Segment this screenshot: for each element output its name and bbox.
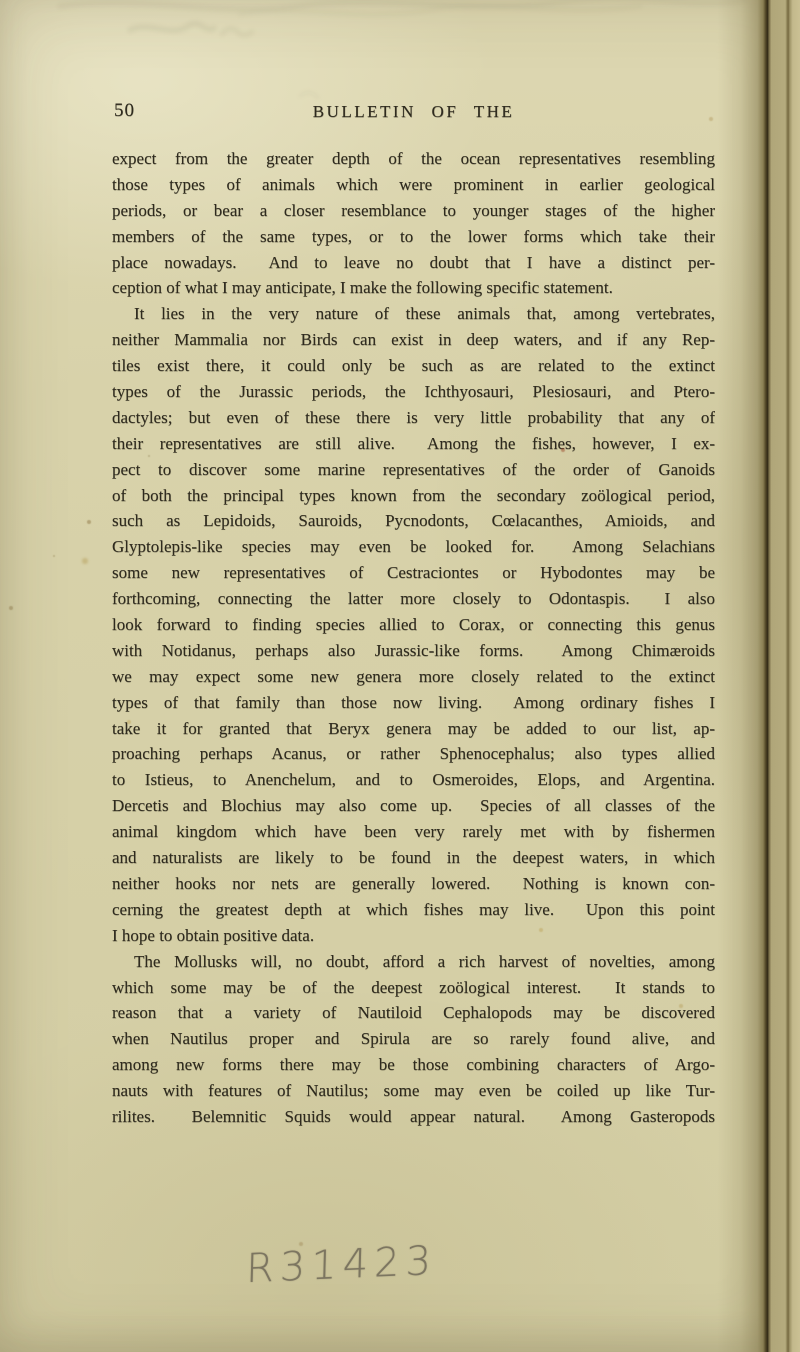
text-line: tiles exist there, it could only be such… xyxy=(112,353,715,379)
text-line: Dercetis and Blochius may also come up. … xyxy=(112,793,715,819)
text-line: among new forms there may be those combi… xyxy=(112,1052,715,1078)
text-line: rilites. Belemnitic Squids would appear … xyxy=(112,1104,715,1130)
text-line: I hope to obtain positive data. xyxy=(112,923,715,949)
text-line: dactyles; but even of these there is ver… xyxy=(112,405,715,431)
text-line: expect from the greater depth of the oce… xyxy=(112,146,715,172)
text-line: It lies in the very nature of these anim… xyxy=(112,301,715,327)
text-line: look forward to finding species allied t… xyxy=(112,612,715,638)
text-line: we may expect some new genera more close… xyxy=(112,664,715,690)
text-line: neither Mammalia nor Birds can exist in … xyxy=(112,327,715,353)
text-line: members of the same types, or to the low… xyxy=(112,224,715,250)
text-line: The Mollusks will, no doubt, afford a ri… xyxy=(112,949,715,975)
paper-specks xyxy=(0,0,2,2)
accession-number-handwriting: R31423 xyxy=(245,1238,437,1292)
text-line: neither hooks nor nets are generally low… xyxy=(112,871,715,897)
running-title: BULLETIN OF THE xyxy=(112,102,715,122)
running-head: 50 BULLETIN OF THE xyxy=(112,100,715,126)
text-line: when Nautilus proper and Spirula are so … xyxy=(112,1026,715,1052)
text-line: proaching perhaps Acanus, or rather Sphe… xyxy=(112,741,715,767)
text-line: Glyptolepis-like species may even be loo… xyxy=(112,534,715,560)
text-line: pect to discover some marine representat… xyxy=(112,457,715,483)
scanned-book-page: 50 BULLETIN OF THE expect from the great… xyxy=(0,0,800,1352)
text-line: to Istieus, to Anenchelum, and to Osmero… xyxy=(112,767,715,793)
text-line: with Notidanus, perhaps also Jurassic-li… xyxy=(112,638,715,664)
text-line: place nowadays. And to leave no doubt th… xyxy=(112,250,715,276)
text-line: such as Lepidoids, Sauroids, Pycnodonts,… xyxy=(112,508,715,534)
text-line: and naturalists are likely to be found i… xyxy=(112,845,715,871)
text-line: take it for granted that Beryx genera ma… xyxy=(112,716,715,742)
text-line: types of that family than those now livi… xyxy=(112,690,715,716)
text-line: reason that a variety of Nautiloid Cepha… xyxy=(112,1000,715,1026)
text-line: animal kingdom which have been very rare… xyxy=(112,819,715,845)
text-line: forthcoming, connecting the latter more … xyxy=(112,586,715,612)
text-line: those types of animals which were promin… xyxy=(112,172,715,198)
text-line: nauts with features of Nautilus; some ma… xyxy=(112,1078,715,1104)
text-line: ception of what I may anticipate, I make… xyxy=(112,275,715,301)
text-line: periods, or bear a closer resemblance to… xyxy=(112,198,715,224)
text-line: some new representatives of Cestracionte… xyxy=(112,560,715,586)
text-line: cerning the greatest depth at which fish… xyxy=(112,897,715,923)
text-line: which some may be of the deepest zoölogi… xyxy=(112,975,715,1001)
body-text: expect from the greater depth of the oce… xyxy=(112,146,715,1130)
text-line: their representatives are still alive. A… xyxy=(112,431,715,457)
text-line: of both the principal types known from t… xyxy=(112,483,715,509)
book-gutter-edge xyxy=(718,0,800,1352)
text-line: types of the Jurassic periods, the Ichth… xyxy=(112,379,715,405)
